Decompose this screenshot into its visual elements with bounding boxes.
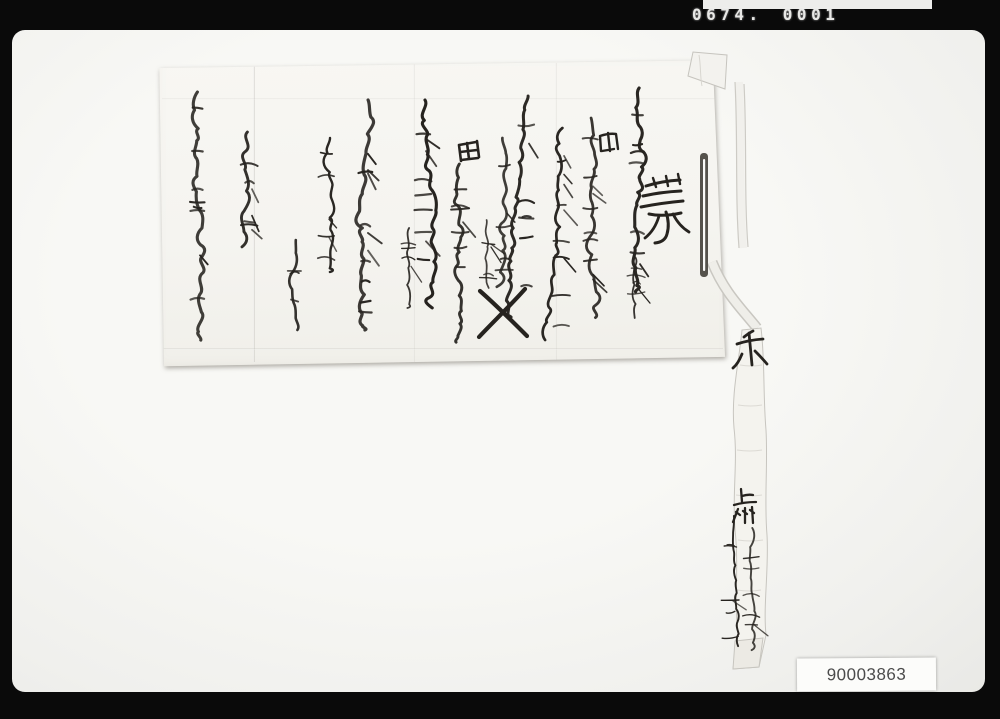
manuscript-wrapper <box>150 50 735 372</box>
paper-edge-shading <box>150 50 735 372</box>
catalog-label: 90003863 <box>797 658 936 692</box>
manuscript-paper <box>150 50 735 372</box>
photo-frame: 0674. 0001 90003863 <box>0 0 1000 719</box>
frame-counter-text: 0674. 0001 <box>692 5 862 24</box>
catalog-number: 90003863 <box>827 664 907 685</box>
